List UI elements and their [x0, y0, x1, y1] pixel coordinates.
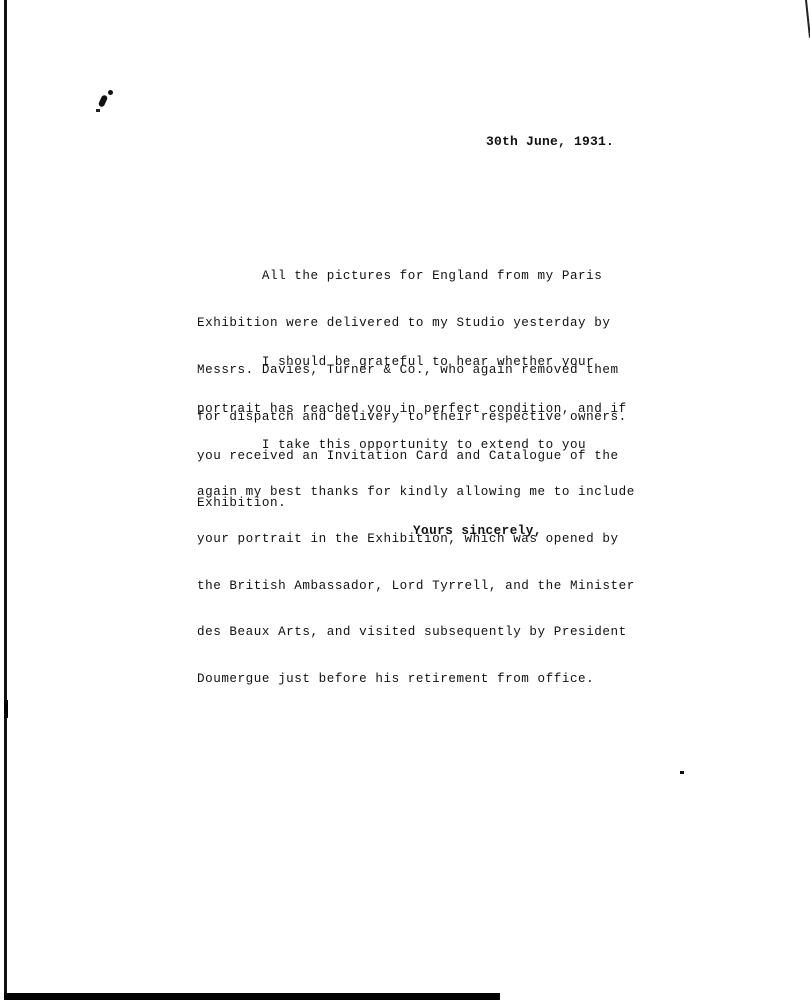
- letter-date: 30th June, 1931.: [486, 134, 614, 149]
- scan-edge-left: [4, 0, 7, 996]
- text-line: All the pictures for England from my Par…: [197, 269, 627, 285]
- ink-dot: [108, 90, 113, 95]
- letter-page: 30th June, 1931. All the pictures for En…: [0, 0, 810, 1000]
- ink-blot: [4, 700, 8, 718]
- scan-edge-bottom: [4, 993, 500, 1000]
- scan-edge-right: [805, 0, 810, 38]
- text-line: again my best thanks for kindly allowing…: [197, 485, 635, 501]
- text-line: I take this opportunity to extend to you: [197, 438, 635, 454]
- text-line: the British Ambassador, Lord Tyrrell, an…: [197, 579, 635, 595]
- text-line: des Beaux Arts, and visited subsequently…: [197, 625, 635, 641]
- ink-speck: [96, 109, 100, 112]
- text-line: I should be grateful to hear whether you…: [197, 355, 627, 371]
- ink-speck: [680, 771, 684, 774]
- paragraph-3: I take this opportunity to extend to you…: [197, 407, 635, 719]
- closing-salutation: Yours sincerely,: [413, 524, 542, 538]
- text-line: Doumergue just before his retirement fro…: [197, 672, 635, 688]
- ink-blot: [98, 94, 109, 107]
